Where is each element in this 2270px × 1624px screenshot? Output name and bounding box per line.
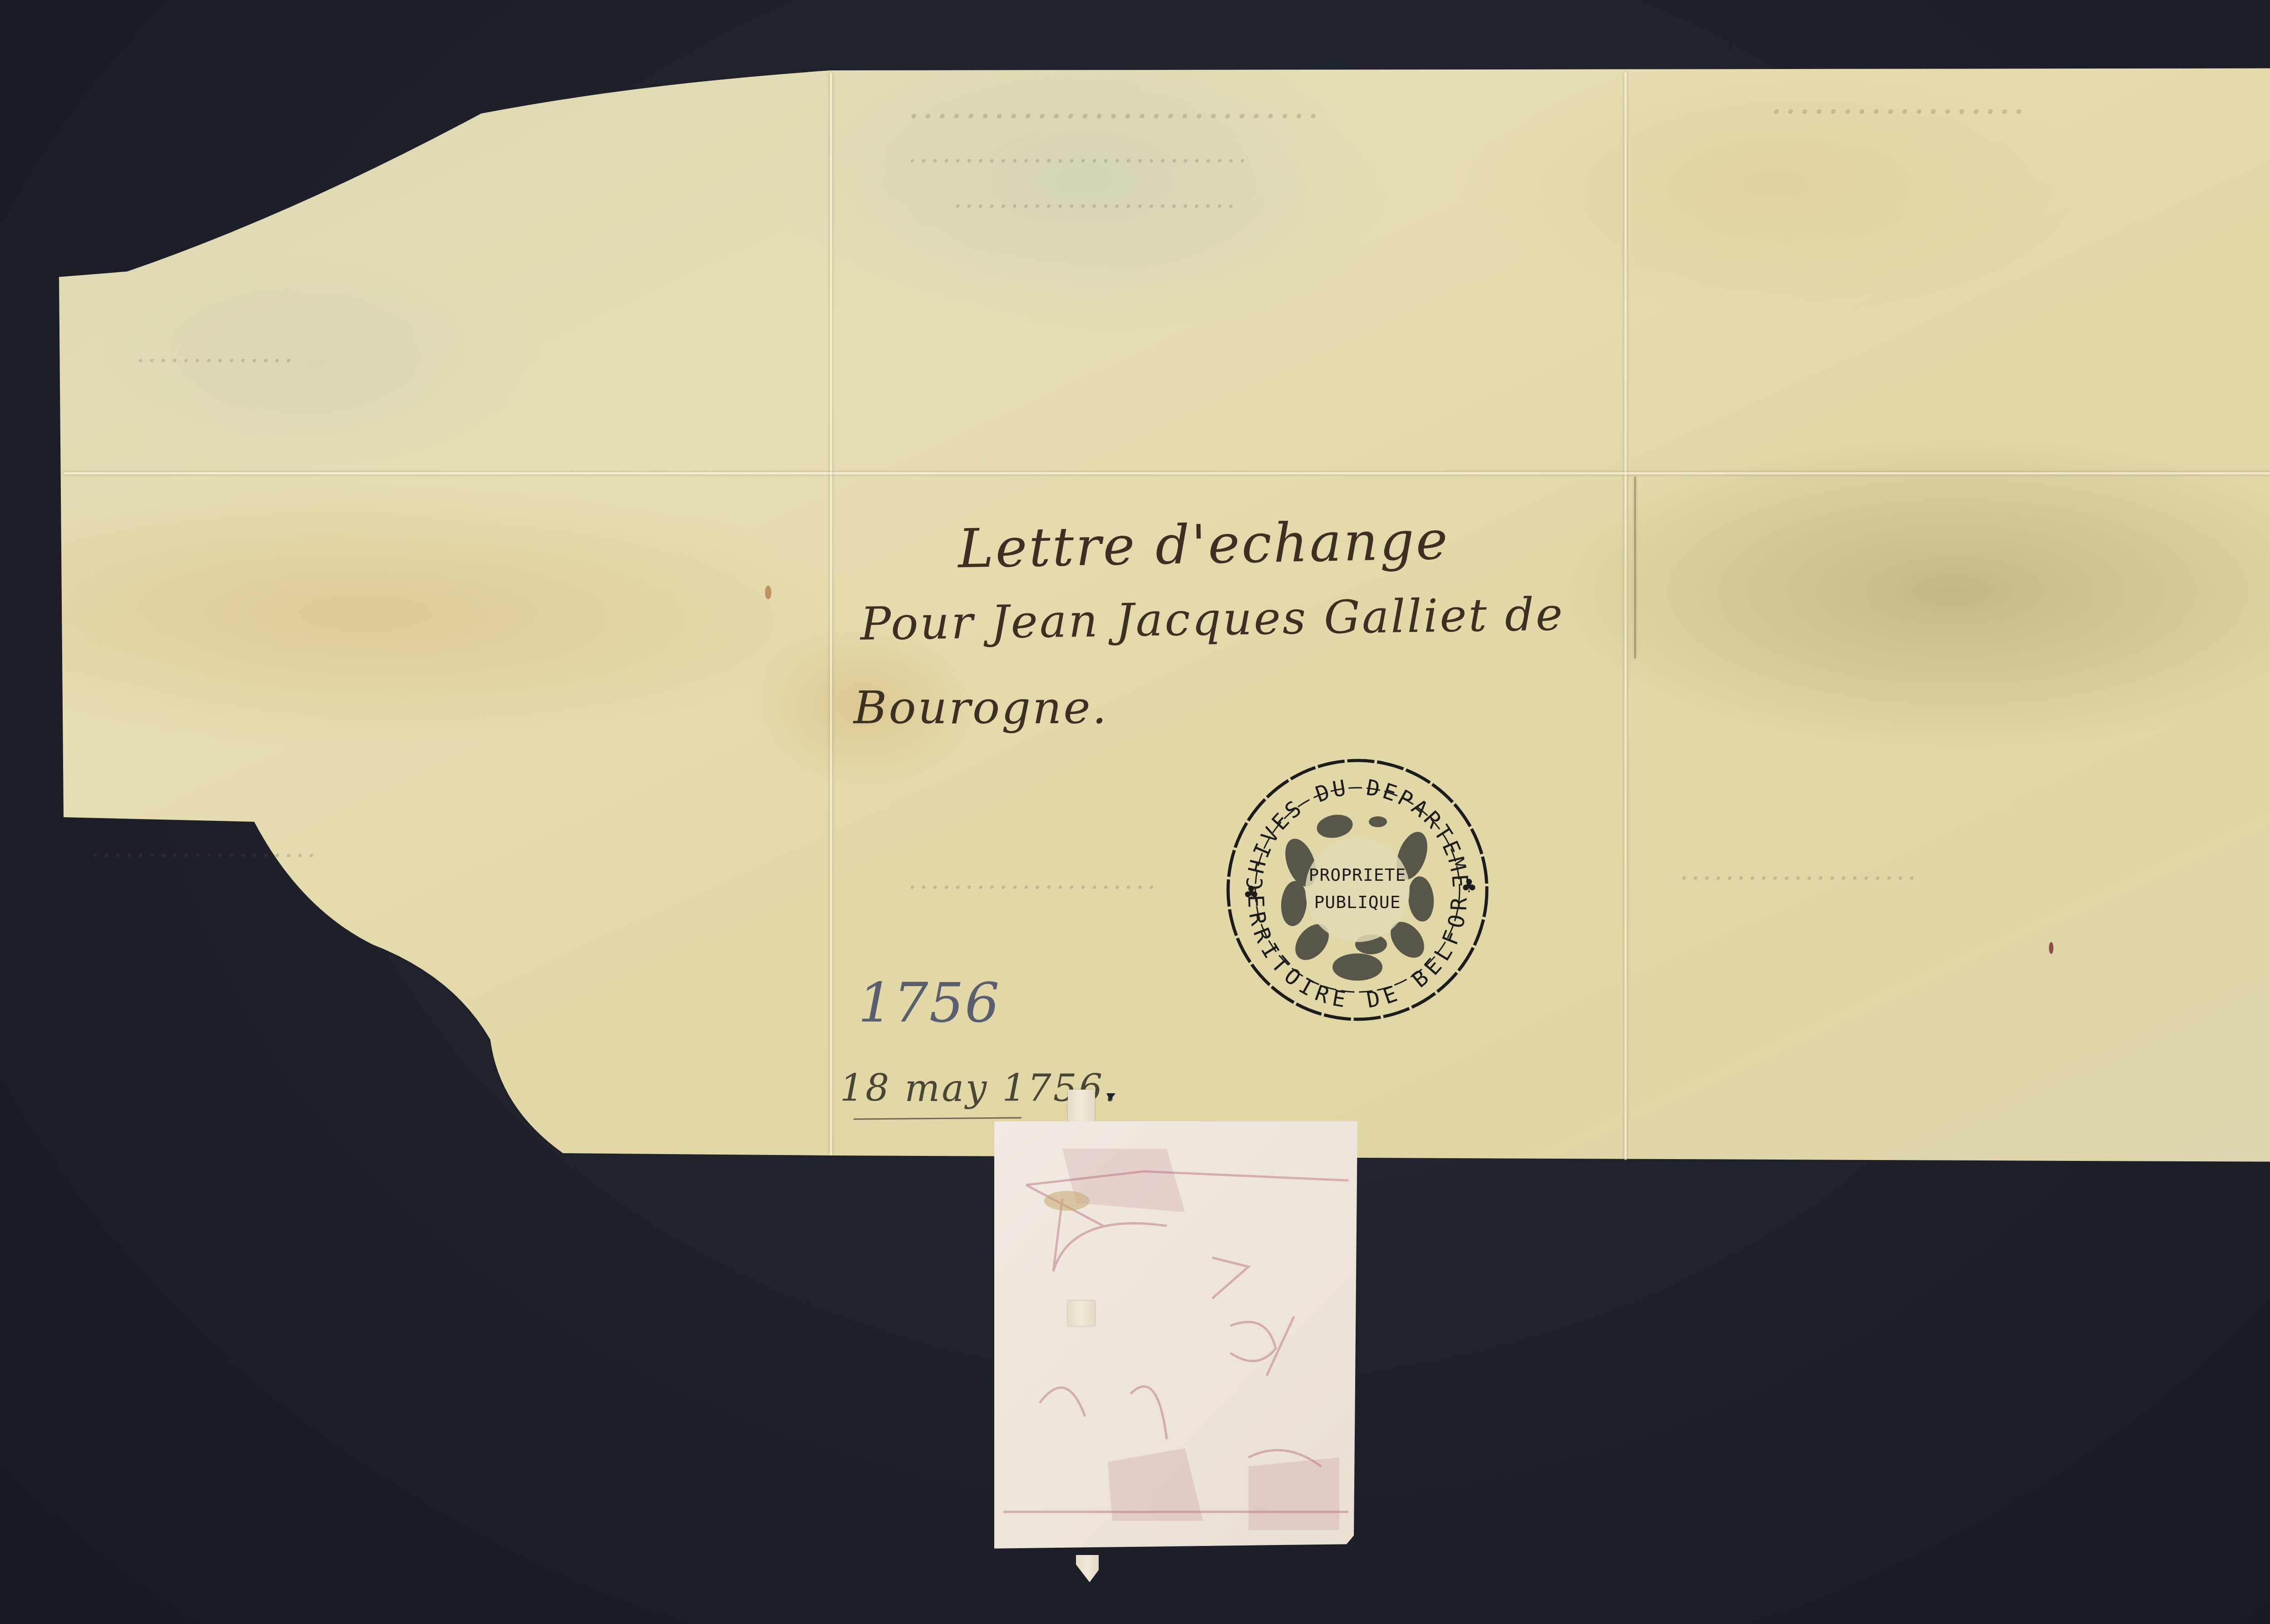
parchment-strap-through-tag	[1068, 1301, 1095, 1326]
stamp-text-line-1: PROPRIETE	[1221, 865, 1494, 885]
seal-tag	[994, 1121, 1357, 1557]
ink-spot	[2049, 942, 2053, 954]
endorsement-place: Bourogne.	[854, 681, 1109, 734]
endorsement-title: Lettre d'echange	[957, 509, 1450, 580]
fold-line-vertical-left	[830, 73, 832, 1155]
bleed-through-text: ······················	[908, 872, 1159, 903]
ink-spot	[765, 586, 771, 599]
bleed-through-text: ·························	[953, 191, 1238, 222]
stamp-rings: ARCHIVES DU DEPARTEMENT TERRITOIRE DE BE…	[1221, 754, 1494, 1026]
fold-line-vertical-right	[1624, 73, 1627, 1160]
fold-line-horizontal	[64, 472, 2270, 474]
endorsement-name: Pour Jean Jacques Galliet de	[860, 587, 1564, 651]
bleed-through-text: ·····················	[1680, 863, 1919, 894]
bleed-through-text: ··················	[1771, 91, 2028, 133]
bleed-through-text: ······························	[908, 145, 1249, 177]
archive-number: 1756	[858, 972, 1000, 1035]
fold-shadow-right	[1634, 477, 1636, 658]
parchment-sheet: ····························· ··········…	[0, 0, 2270, 1171]
bleed-through-text: ····················	[91, 840, 318, 872]
bleed-through-text: ·····························	[908, 95, 1322, 138]
tag-red-print	[994, 1121, 1357, 1557]
bleed-through-text: ··············	[136, 345, 296, 377]
stamp-text-line-2: PUBLIQUE	[1221, 892, 1494, 912]
archive-stamp: ARCHIVES DU DEPARTEMENT TERRITOIRE DE BE…	[1221, 754, 1494, 1026]
